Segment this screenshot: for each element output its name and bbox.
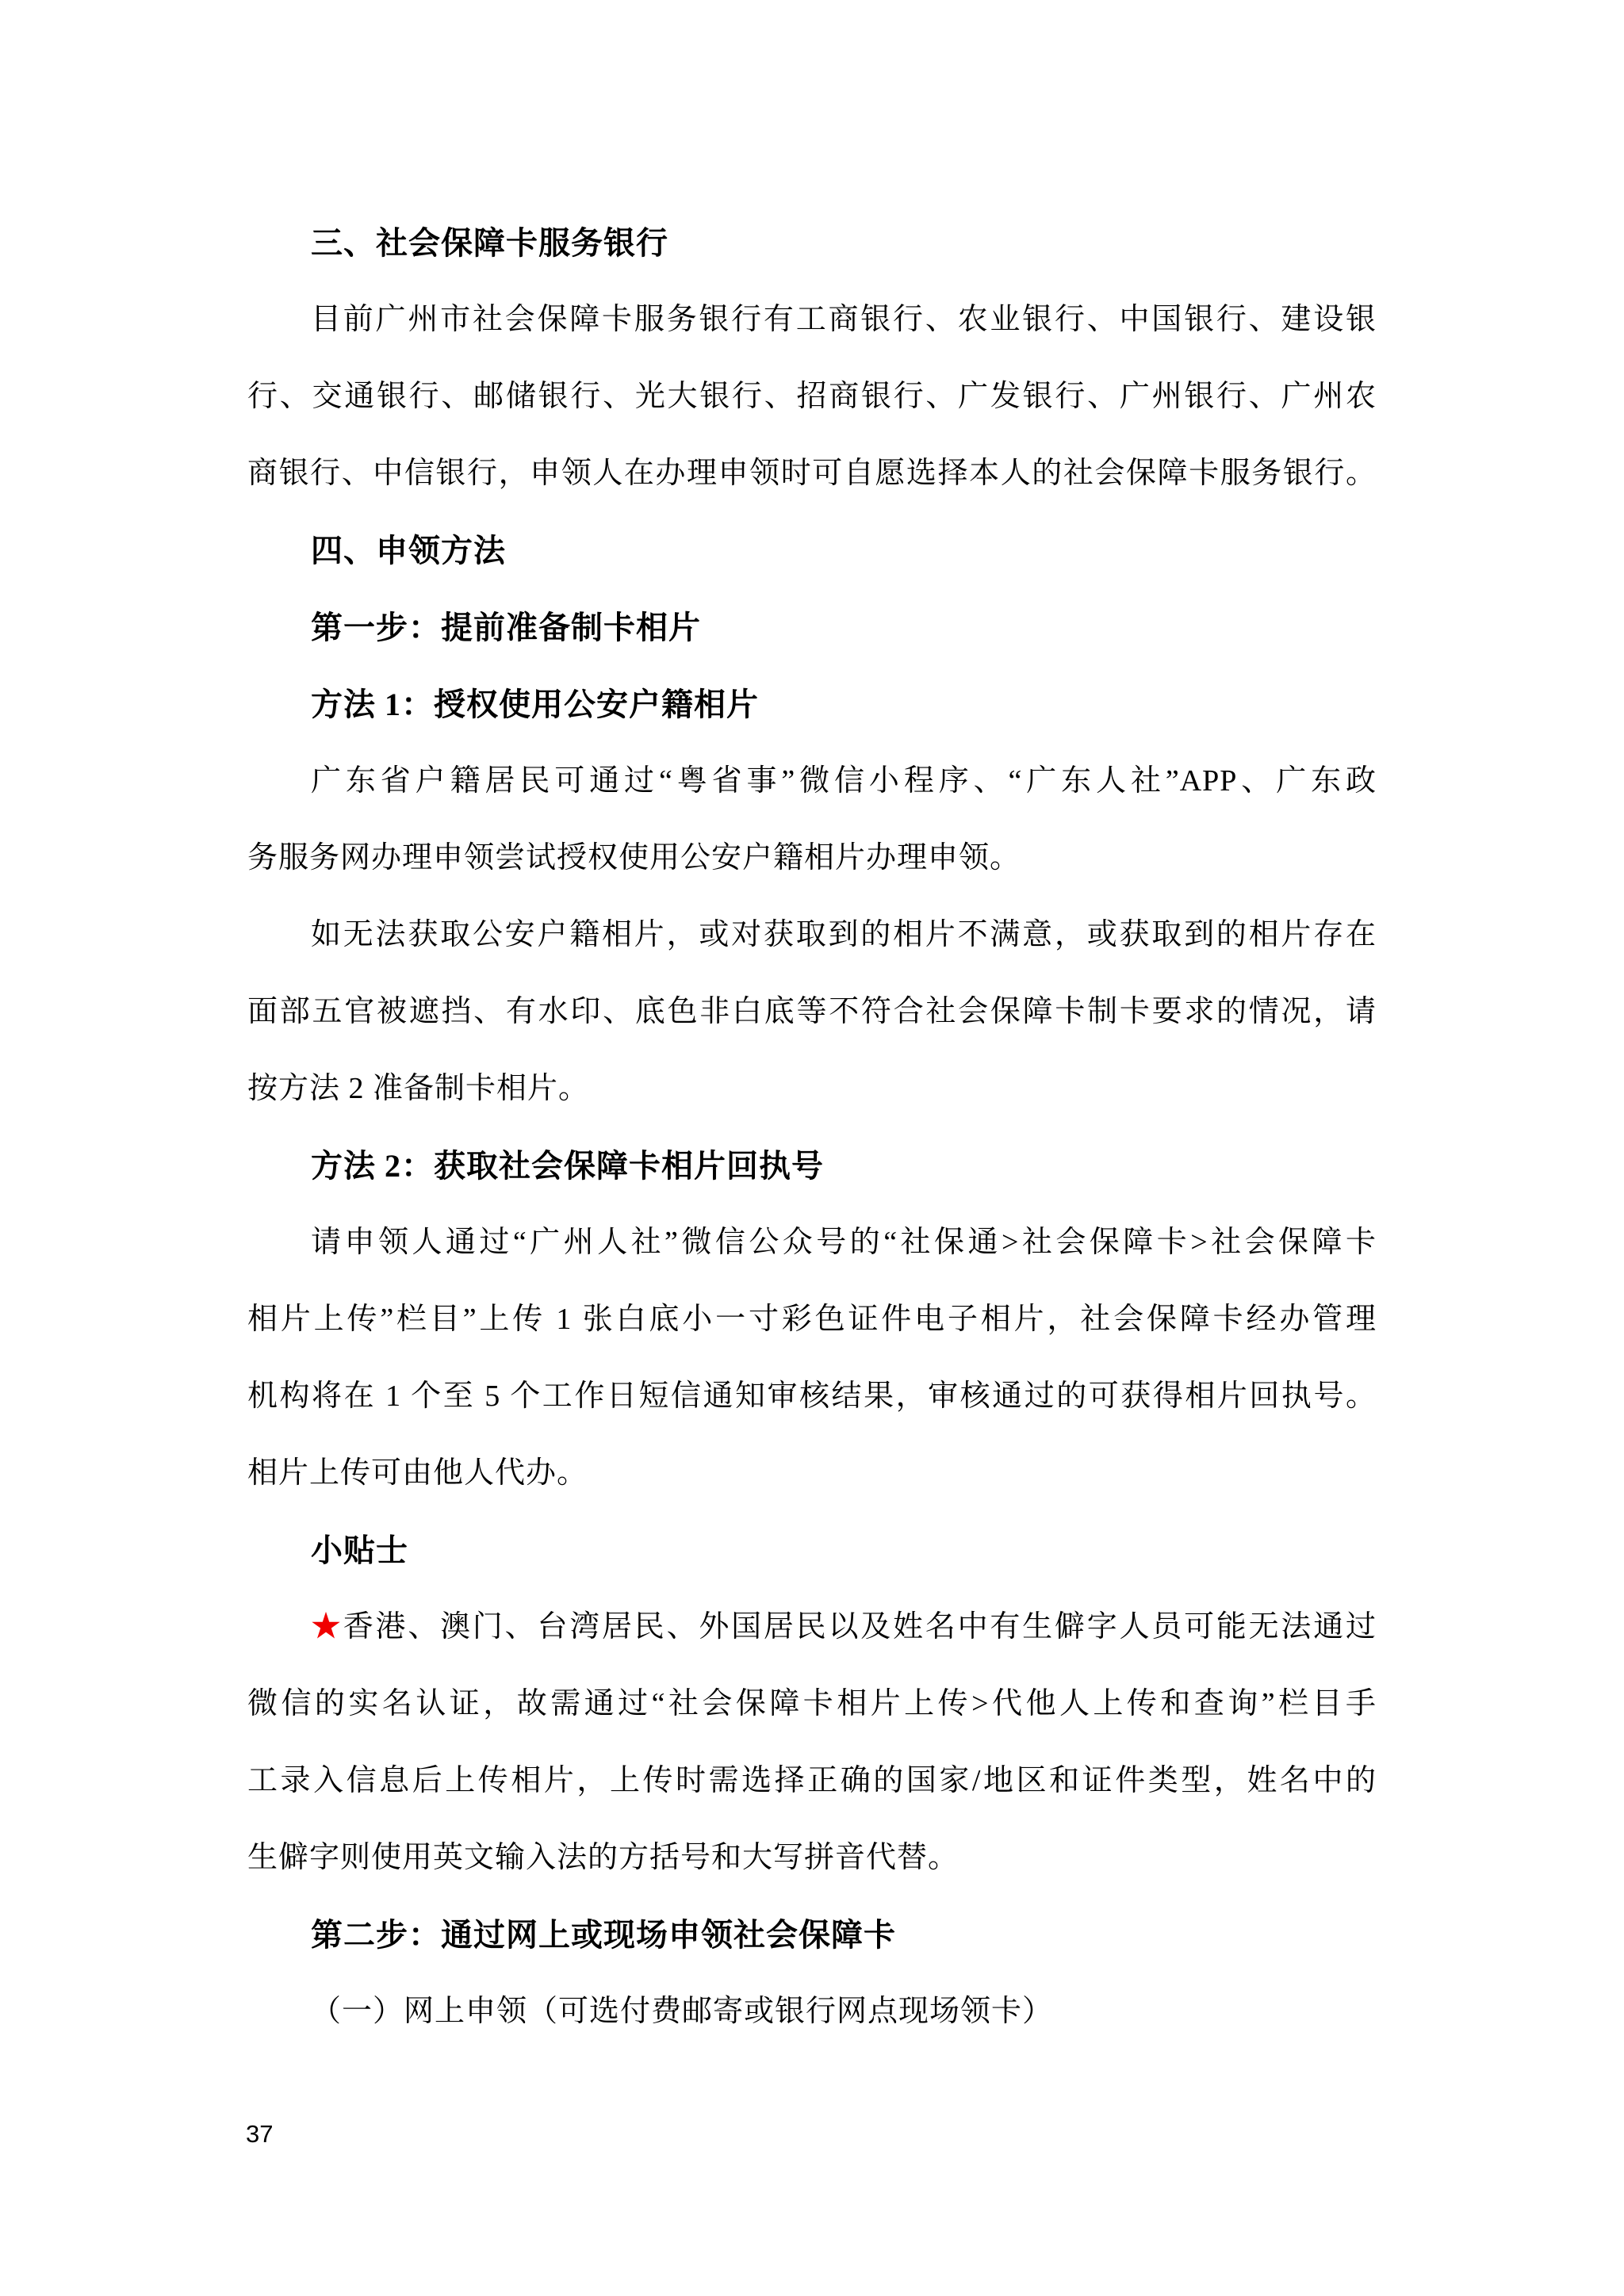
text-line: 如无法获取公安户籍相片，或对获取到的相片不满意，或获取到的相片存在 — [247, 897, 1377, 974]
heading-line: 第一步：提前准备制卡相片 — [247, 589, 1377, 666]
heading-line: 方法 1：授权使用公安户籍相片 — [247, 666, 1377, 743]
text-line: 行、交通银行、邮储银行、光大银行、招商银行、广发银行、广州银行、广州农 — [247, 358, 1377, 435]
heading-line: 小贴士 — [247, 1512, 1377, 1589]
text-line: 目前广州市社会保障卡服务银行有工商银行、农业银行、中国银行、建设银 — [247, 281, 1377, 358]
red-star-icon: ★ — [311, 1610, 343, 1644]
text-line: ★香港、澳门、台湾居民、外国居民以及姓名中有生僻字人员可能无法通过 — [247, 1589, 1377, 1666]
heading-line: 方法 2：获取社会保障卡相片回执号 — [247, 1127, 1377, 1204]
document-body: 三、社会保障卡服务银行目前广州市社会保障卡服务银行有工商银行、农业银行、中国银行… — [247, 205, 1377, 2050]
text-line: 机构将在 1 个至 5 个工作日短信通知审核结果，审核通过的可获得相片回执号。 — [247, 1358, 1377, 1435]
text-line: 微信的实名认证，故需通过“社会保障卡相片上传>代他人上传和查询”栏目手 — [247, 1666, 1377, 1743]
heading-line: 第二步：通过网上或现场申领社会保障卡 — [247, 1896, 1377, 1973]
document-page: 三、社会保障卡服务银行目前广州市社会保障卡服务银行有工商银行、农业银行、中国银行… — [0, 0, 1624, 2296]
text-line: 请申领人通过“广州人社”微信公众号的“社保通>社会保障卡>社会保障卡 — [247, 1204, 1377, 1281]
text-line: 务服务网办理申领尝试授权使用公安户籍相片办理申领。 — [247, 820, 1377, 897]
text-line: 广东省户籍居民可通过“粤省事”微信小程序、“广东人社”APP、广东政 — [247, 743, 1377, 820]
text-line: 相片上传可由他人代办。 — [247, 1435, 1377, 1512]
text-line: （一）网上申领（可选付费邮寄或银行网点现场领卡） — [247, 1973, 1377, 2050]
text-line: 生僻字则使用英文输入法的方括号和大写拼音代替。 — [247, 1820, 1377, 1896]
heading-line: 三、社会保障卡服务银行 — [247, 205, 1377, 281]
page-number: 37 — [246, 2118, 273, 2150]
text-line: 按方法 2 准备制卡相片。 — [247, 1050, 1377, 1127]
heading-line: 四、申领方法 — [247, 512, 1377, 589]
text-line: 商银行、中信银行，申领人在办理申领时可自愿选择本人的社会保障卡服务银行。 — [247, 435, 1377, 512]
text-line: 工录入信息后上传相片，上传时需选择正确的国家/地区和证件类型，姓名中的 — [247, 1743, 1377, 1820]
text-line: 面部五官被遮挡、有水印、底色非白底等不符合社会保障卡制卡要求的情况，请 — [247, 974, 1377, 1050]
text-line: 相片上传”栏目”上传 1 张白底小一寸彩色证件电子相片，社会保障卡经办管理 — [247, 1281, 1377, 1358]
